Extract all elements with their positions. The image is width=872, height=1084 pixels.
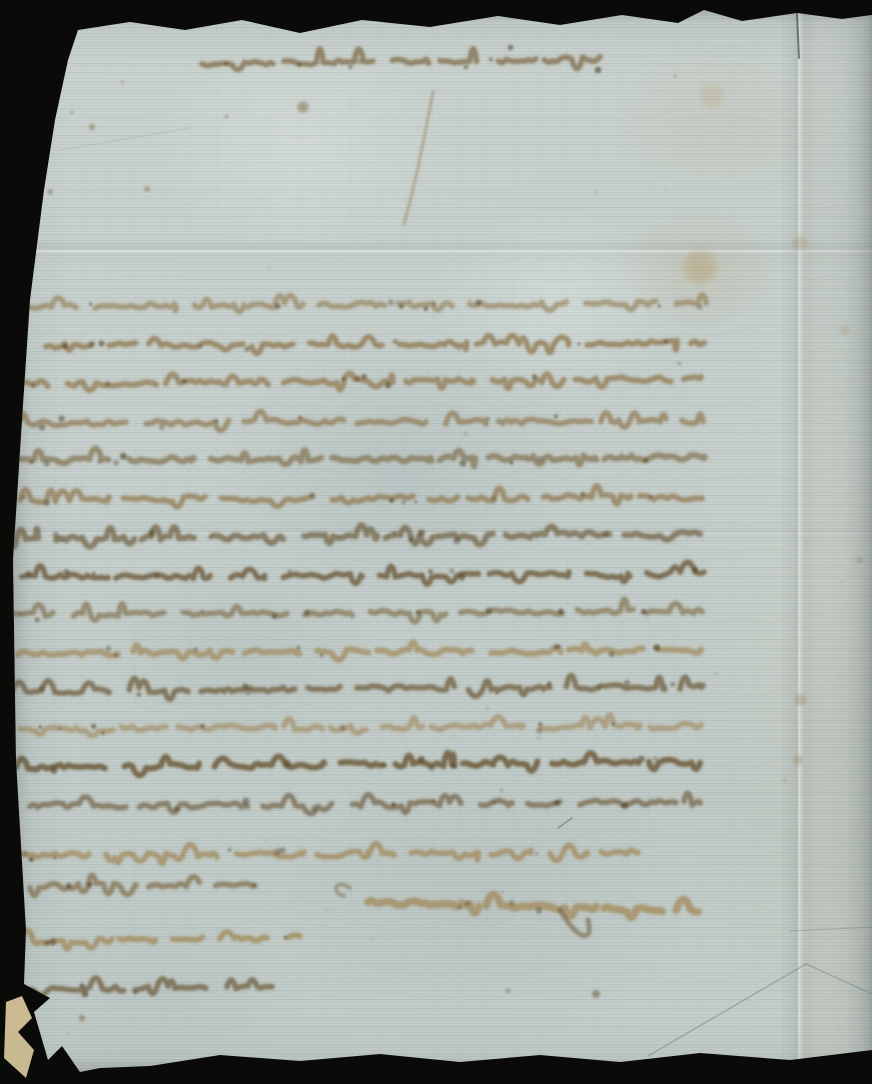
ink-blob: [361, 374, 366, 379]
ink-line: [12, 675, 703, 699]
ink-line-halo: [16, 373, 701, 390]
ink-line: [20, 843, 638, 863]
ink-blob: [340, 724, 346, 730]
ink-flourish: [336, 884, 350, 896]
ink-line-halo: [22, 562, 704, 584]
ink-line-halo: [30, 875, 255, 895]
ink-blob: [82, 991, 89, 998]
freckle-spot: [664, 186, 669, 191]
ink-blob: [252, 882, 256, 886]
ink-line-halo: [22, 930, 300, 949]
ink-blob: [137, 692, 142, 697]
ink-line: [16, 373, 701, 390]
ink-blob: [30, 858, 34, 862]
ink-line-halo: [12, 448, 705, 466]
ink-blob: [19, 416, 24, 421]
freckle-spot: [95, 735, 97, 737]
fold-crease-horizontal-secondary: [0, 524, 872, 542]
stain-spot: [47, 189, 53, 195]
ink-blob: [28, 857, 33, 862]
ink-blob: [486, 417, 490, 421]
ink-blob: [244, 346, 250, 352]
ink-blob: [105, 646, 111, 652]
ink-blob: [458, 905, 462, 909]
ink-blob: [182, 379, 187, 384]
ink-blob: [154, 574, 160, 580]
ink-blob: [418, 756, 425, 763]
ink-blob: [284, 936, 288, 940]
ink-blob: [284, 760, 291, 767]
freckle-spot: [500, 890, 504, 894]
ink-line-halo: [14, 599, 702, 622]
ink-blob: [44, 940, 50, 946]
ink-blob: [105, 381, 111, 387]
ink-blob: [31, 384, 35, 388]
ink-line-halo: [18, 411, 703, 430]
ink-blob: [693, 567, 699, 573]
ink-blob: [432, 302, 436, 306]
ink-blob: [557, 644, 561, 648]
freckle-spot: [370, 937, 373, 940]
ink-blob: [23, 851, 28, 856]
stain-spot: [296, 100, 310, 114]
edge-vignette: [0, 0, 872, 1084]
freckle-spot: [264, 839, 268, 843]
freckle-spot: [576, 760, 580, 764]
paper-laid-texture: [0, 0, 872, 1084]
freckle-spot: [463, 432, 468, 437]
ink-blob: [399, 304, 404, 309]
ink-blob: [621, 802, 628, 809]
ink-blob: [272, 613, 278, 619]
ink-blob: [538, 722, 542, 726]
ink-writing-layer: [0, 0, 872, 1084]
ink-blob: [22, 495, 26, 499]
ink-blob: [200, 724, 205, 729]
ink-blob: [509, 900, 515, 906]
ink-blob: [30, 460, 34, 464]
ink-line-halo: [30, 793, 700, 813]
ink-line-halo: [20, 486, 702, 507]
freckle-spot: [426, 370, 428, 372]
ink-blob: [429, 766, 435, 772]
ink-line: [20, 715, 701, 736]
ink-line: [30, 875, 255, 895]
freckle-spot: [237, 355, 239, 357]
ink-blob: [92, 572, 95, 575]
ink-blob: [201, 610, 204, 613]
crease-line: [558, 818, 572, 828]
document-scan: Scanned historical manuscript letter — v…: [0, 0, 872, 1084]
ink-blob: [275, 303, 281, 309]
ink-blob: [554, 414, 558, 418]
freckle-spot: [594, 190, 598, 194]
ink-blob: [535, 907, 542, 914]
ink-line-halo: [368, 894, 698, 917]
ink-blob: [91, 724, 96, 729]
ink-blob: [79, 983, 84, 988]
ink-blob: [670, 682, 675, 687]
ink-blob: [643, 458, 648, 463]
freckle-spot: [348, 103, 351, 106]
freckle-spot: [418, 662, 420, 664]
ink-blob: [354, 376, 360, 382]
ink-line-halo: [16, 753, 700, 775]
freckle-spot: [499, 788, 504, 793]
freckle-spot: [557, 411, 560, 414]
ink-flourish: [404, 92, 433, 224]
ink-blob: [536, 727, 542, 733]
ink-blob: [49, 938, 56, 945]
crease-layer: [0, 0, 872, 1084]
ink-blob: [87, 882, 92, 887]
ink-blob: [274, 848, 281, 855]
ink-blob: [432, 799, 435, 802]
ink-blob: [304, 609, 310, 615]
ink-blob: [66, 883, 72, 889]
ink-blob: [402, 500, 406, 504]
ink-blob: [580, 492, 585, 497]
ink-blob: [649, 495, 652, 498]
ink-blob: [385, 382, 391, 388]
ink-blob: [18, 380, 23, 385]
ink-line: [12, 295, 706, 312]
ink-line-halo: [12, 675, 703, 699]
ink-blob: [39, 685, 45, 691]
stain-spot: [594, 66, 602, 74]
freckle-spot: [179, 609, 183, 613]
freckle-spot: [87, 873, 91, 877]
ink-line-halo: [12, 295, 706, 312]
ink-blob: [464, 900, 470, 906]
ink-blob: [697, 304, 703, 310]
freckle-spot: [457, 348, 461, 352]
ink-line-halo: [18, 642, 701, 660]
ink-blob: [510, 461, 514, 465]
ink-blob: [391, 802, 396, 807]
ink-blob: [194, 648, 198, 652]
ink-line: [28, 978, 272, 995]
ink-blob: [554, 800, 560, 806]
ink-blob: [26, 571, 32, 577]
stain-spot: [88, 123, 96, 131]
ink-blob: [245, 688, 252, 695]
freckle-spot: [673, 74, 677, 78]
ink-blob: [357, 59, 362, 64]
ink-blob: [63, 569, 69, 575]
freckle-spot: [415, 379, 419, 383]
ink-blob: [492, 801, 496, 805]
ink-blob: [496, 418, 503, 425]
ink-line-halo: [20, 715, 701, 736]
ink-blob: [609, 651, 615, 657]
stain-spot: [78, 1014, 86, 1022]
ink-blob: [35, 617, 40, 622]
ink-blob: [653, 756, 658, 761]
freckle-spot: [602, 428, 605, 431]
ink-blob: [460, 460, 467, 467]
ink-blob: [97, 459, 102, 464]
freckle-spot: [705, 50, 707, 52]
fold-crease-horizontal-primary: [0, 239, 872, 263]
ink-blob: [475, 299, 481, 305]
ink-blob: [43, 499, 50, 506]
manuscript-paper: [0, 0, 872, 1084]
freckle-spot: [206, 494, 211, 499]
ink-blob: [38, 725, 42, 729]
ink-blob: [297, 62, 301, 66]
freckle-spot: [686, 975, 688, 977]
freckle-spot: [66, 1031, 71, 1036]
ink-line: [14, 599, 702, 622]
ink-blob: [382, 763, 387, 768]
freckle-spot: [677, 361, 682, 366]
freckle-spot: [364, 849, 370, 855]
ink-blob: [279, 847, 285, 853]
ink-blob: [242, 683, 248, 689]
ink-blob: [348, 65, 352, 69]
ink-line: [18, 411, 703, 430]
freckle-spot: [326, 908, 330, 912]
ink-line: [12, 448, 705, 466]
ink-blob: [288, 569, 292, 573]
ink-line-halo: [20, 843, 638, 863]
ink-blob: [174, 806, 180, 812]
ink-blob: [159, 424, 165, 430]
ink-blob: [532, 374, 537, 379]
ink-line: [30, 793, 700, 813]
stain-spot: [143, 185, 151, 193]
ink-blob: [535, 852, 538, 855]
ink-blob: [458, 574, 465, 581]
ink-blob: [624, 680, 630, 686]
freckle-spot: [485, 706, 490, 711]
ink-flourish: [560, 910, 589, 936]
ink-blob: [491, 496, 497, 502]
stain-spot: [224, 114, 229, 119]
freckle-spot: [498, 797, 501, 800]
ink-blob: [19, 612, 22, 615]
stain-spot: [507, 44, 514, 51]
ink-line: [16, 753, 700, 775]
ink-blob: [310, 492, 316, 498]
stain-spot: [698, 82, 726, 110]
ink-blob: [88, 342, 94, 348]
freckle-spot: [267, 265, 270, 268]
ink-blob: [489, 57, 493, 61]
ink-blob: [228, 848, 232, 852]
stain-layer: [0, 0, 872, 1084]
ink-line: [202, 49, 600, 70]
ink-blob: [664, 340, 668, 344]
ink-blob: [653, 644, 660, 651]
ink-line-halo: [202, 49, 600, 70]
paper-mottle-layer: [0, 0, 872, 1084]
ink-blob: [101, 731, 105, 735]
freckle-spot: [120, 80, 125, 85]
ink-blob: [414, 500, 417, 503]
freckle-spot: [536, 736, 541, 741]
ink-blob: [113, 460, 119, 466]
fold-crease-vertical: [780, 0, 820, 1084]
ink-blob: [492, 764, 496, 768]
ink-blob: [224, 61, 228, 65]
ink-blob: [424, 306, 429, 311]
ink-blob: [114, 653, 118, 657]
freckle-spot: [70, 110, 74, 114]
ink-blob: [39, 424, 46, 431]
ink-blob: [612, 722, 615, 725]
ink-blob: [134, 991, 138, 995]
ink-blob: [597, 686, 602, 691]
freckle-spot: [335, 168, 338, 171]
ink-blob: [320, 654, 324, 658]
ink-blob: [547, 681, 552, 686]
ink-blob: [311, 805, 318, 812]
ink-blob: [415, 610, 421, 616]
ink-blob: [198, 344, 202, 348]
ink-line: [368, 894, 698, 917]
ink-line: [18, 642, 701, 660]
ink-blob: [449, 568, 454, 573]
ink-blob: [298, 416, 301, 419]
freckle-spot: [453, 735, 456, 738]
stain-spot: [505, 988, 511, 994]
ink-blob: [296, 646, 301, 651]
ink-blob: [495, 691, 498, 694]
ink-line: [20, 486, 702, 507]
ink-line-halo: [28, 978, 272, 995]
ink-blob: [62, 344, 68, 350]
crease-line: [60, 128, 190, 150]
stain-spot: [591, 989, 601, 999]
ink-blob: [558, 608, 564, 614]
ink-blob: [393, 339, 398, 344]
ink-blob: [641, 609, 647, 615]
ink-blob: [342, 377, 346, 381]
ink-blob: [553, 644, 559, 650]
ink-blob: [242, 798, 249, 805]
ink-blob: [388, 299, 394, 305]
ink-blob: [50, 767, 57, 774]
ink-line: [22, 562, 704, 584]
freckle-spot: [467, 297, 472, 302]
freckle-spot: [715, 672, 719, 676]
ink-blob: [449, 763, 455, 769]
freckle-spot: [666, 491, 668, 493]
ink-blob: [44, 460, 50, 466]
ink-blob: [215, 419, 219, 423]
ink-blob: [53, 856, 57, 860]
ink-blob: [89, 302, 92, 305]
stain-spot: [463, 64, 469, 70]
ink-line: [22, 930, 300, 949]
ink-blob: [537, 456, 544, 463]
ink-line: [46, 336, 704, 354]
ink-blob: [577, 342, 581, 346]
ink-blob: [428, 569, 433, 574]
ink-blob: [120, 453, 127, 460]
ink-blob: [486, 608, 493, 615]
ink-blob: [389, 498, 394, 503]
ink-line-halo: [46, 336, 704, 354]
ink-blob: [658, 304, 661, 307]
ink-blob: [58, 415, 65, 422]
ink-blob: [638, 756, 645, 763]
ink-blob: [58, 727, 61, 730]
ink-blob: [98, 340, 104, 346]
